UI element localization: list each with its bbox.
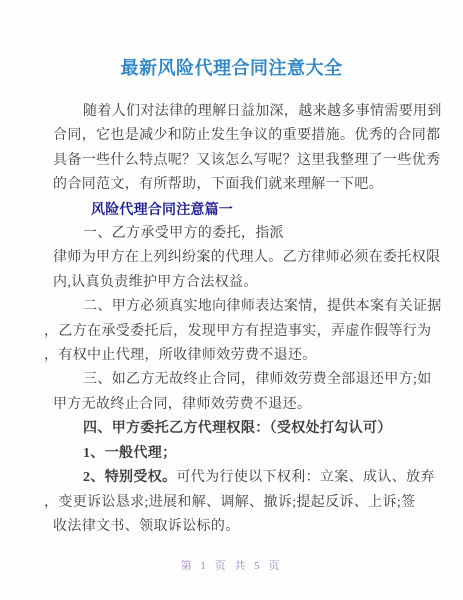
document-page: 最新风险代理合同注意大全 随着人们对法律的理解日益加深，越来越多事情需要用到合同… (0, 0, 463, 600)
text-segment: 风险代理合同注意篇一 (91, 202, 233, 218)
text-line: ，乙方在承受委托后，发现甲方有捏造事实，弄虚作假等行为 (44, 320, 445, 344)
text-segment: 甲方无故终止合同，律师效劳费不退还。 (53, 397, 311, 412)
text-segment: ，有权中止代理，所收律师效劳费不退还。 (44, 348, 317, 363)
page-title: 最新风险代理合同注意大全 (0, 54, 463, 80)
document-body: 随着人们对法律的理解日益加深，越来越多事情需要用到合同，它也是减少和防止发生争议… (53, 100, 445, 539)
text-segment: 具备一些什么特点呢？又该怎么写呢？这里我整理了一些优秀 (53, 153, 440, 168)
text-line: 1、一般代理； (53, 442, 445, 466)
text-line: 具备一些什么特点呢？又该怎么写呢？这里我整理了一些优秀 (53, 149, 445, 173)
text-segment: 1、一般代理； (83, 446, 176, 461)
section-heading: 风险代理合同注意篇一 (53, 198, 445, 222)
text-segment: 内,认真负责维护甲方合法权益。 (53, 275, 258, 290)
text-segment: 2、特别受权。 (83, 470, 176, 485)
text-line: 律师为甲方在上列纠纷案的代理人。乙方律师必须在委托权限 (53, 246, 445, 270)
text-segment: 四、甲方委托乙方代理权限：（受权处打勾认可） (83, 421, 392, 436)
text-segment: 二、甲方必须真实地向律师表达案情，提供本案有关证据 (83, 299, 442, 314)
text-line: 一、乙方承受甲方的委托，指派 (53, 222, 445, 246)
text-segment: 三、如乙方无故终止合同，律师效劳费全部退还甲方;如 (83, 372, 432, 387)
text-line: 合同，它也是减少和防止发生争议的重要措施。优秀的合同都 (53, 124, 445, 148)
text-line: 收法律文书、领取诉讼标的。 (53, 515, 445, 539)
page-number: 第 1 页 共 5 页 (0, 557, 463, 573)
text-segment: 的合同范文，有所帮助，下面我们就来理解一下吧。 (53, 177, 383, 192)
text-line: 二、甲方必须真实地向律师表达案情，提供本案有关证据 (53, 295, 445, 319)
text-line: 随着人们对法律的理解日益加深，越来越多事情需要用到 (53, 100, 445, 124)
text-line: 三、如乙方无故终止合同，律师效劳费全部退还甲方;如 (53, 368, 445, 392)
text-segment: 合同，它也是减少和防止发生争议的重要措施。优秀的合同都 (53, 128, 440, 143)
text-segment: 可代为行使以下权利：立案、成认、放弃 (176, 470, 434, 485)
text-line: 2、特别受权。可代为行使以下权利：立案、成认、放弃 (53, 466, 445, 490)
text-line: 四、甲方委托乙方代理权限：（受权处打勾认可） (53, 417, 445, 441)
text-line: ，有权中止代理，所收律师效劳费不退还。 (44, 344, 445, 368)
text-segment: ，乙方在承受委托后，发现甲方有捏造事实，弄虚作假等行为 (44, 324, 431, 339)
text-segment: 收法律文书、领取诉讼标的。 (53, 519, 240, 534)
text-segment: ，变更诉讼恳求;进展和解、调解、撤诉;提起反诉、上诉;签 (44, 495, 415, 510)
text-segment: 律师为甲方在上列纠纷案的代理人。乙方律师必须在委托权限 (53, 250, 440, 265)
text-line: 内,认真负责维护甲方合法权益。 (53, 271, 445, 295)
text-segment: 随着人们对法律的理解日益加深，越来越多事情需要用到 (83, 104, 442, 119)
text-line: 甲方无故终止合同，律师效劳费不退还。 (53, 393, 445, 417)
text-segment: 一、乙方承受甲方的委托，指派 (83, 226, 284, 241)
text-line: 的合同范文，有所帮助，下面我们就来理解一下吧。 (53, 173, 445, 197)
text-line: ，变更诉讼恳求;进展和解、调解、撤诉;提起反诉、上诉;签 (44, 491, 445, 515)
